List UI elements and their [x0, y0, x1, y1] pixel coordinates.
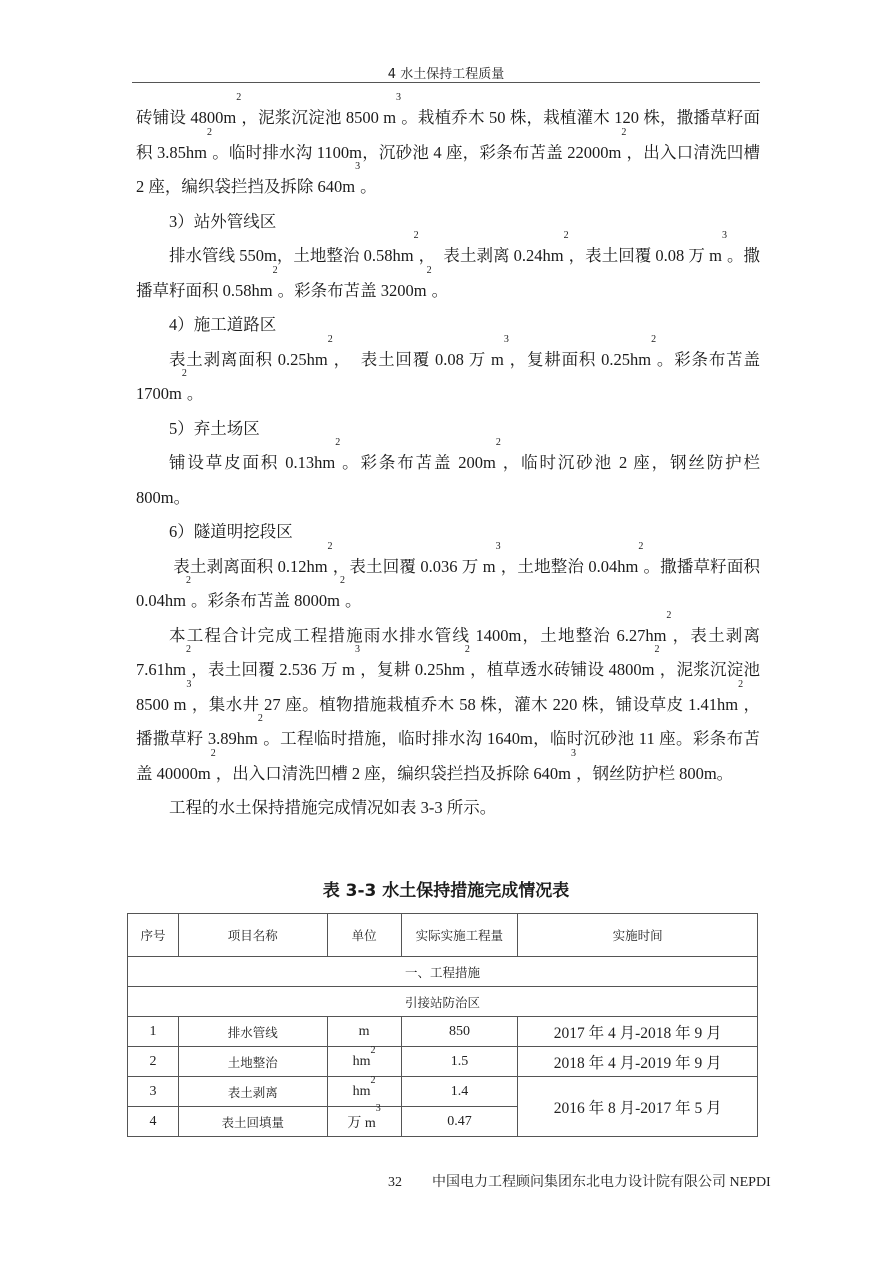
cell-unit: hm2 [327, 1047, 401, 1077]
cell-name: 表土剥离 [178, 1077, 327, 1107]
page-number: 32 [388, 1175, 432, 1191]
paragraph: 铺设草皮面积 0.13hm2。彩条布苫盖 200m2，临时沉砂池 2 座，钢丝防… [136, 446, 760, 515]
cell-time: 2018 年 4 月-2019 年 9 月 [518, 1047, 758, 1077]
cell-time-merged: 2016 年 8 月-2017 年 5 月 [518, 1077, 758, 1137]
table-subsection-row: 引接站防治区 [128, 987, 758, 1017]
cell-quantity: 850 [401, 1017, 518, 1047]
cell-quantity: 1.5 [401, 1047, 518, 1077]
column-header-quantity: 实际实施工程量 [401, 914, 518, 957]
cell-name: 土地整治 [178, 1047, 327, 1077]
table-row: 1 排水管线 m 850 2017 年 4 月-2018 年 9 月 [128, 1017, 758, 1047]
paragraph: 表土剥离面积 0.12hm2，表土回覆 0.036 万 m3，土地整治 0.04… [136, 550, 760, 619]
column-header-name: 项目名称 [178, 914, 327, 957]
cell-no: 3 [128, 1077, 179, 1107]
table-header-row: 序号 项目名称 单位 实际实施工程量 实施时间 [128, 914, 758, 957]
table-reference-paragraph: 工程的水土保持措施完成情况如表 3-3 所示。 [136, 791, 760, 826]
header-divider [132, 82, 760, 83]
section-heading-6: 6）隧道明挖段区 [136, 515, 760, 550]
cell-unit: hm2 [327, 1077, 401, 1107]
summary-paragraph: 本工程合计完成工程措施雨水排水管线 1400m，土地整治 6.27hm2，表土剥… [136, 619, 760, 792]
cell-unit: m [327, 1017, 401, 1047]
cell-unit: 万 m3 [327, 1107, 401, 1137]
footer-organization: 中国电力工程顾问集团东北电力设计院有限公司 NEPDI [432, 1175, 771, 1190]
section-heading-3: 3）站外管线区 [136, 205, 760, 240]
body-text: 砖铺设 4800m2，泥浆沉淀池 8500 m3。栽植乔木 50 株，栽植灌木 … [136, 101, 760, 826]
measures-table: 序号 项目名称 单位 实际实施工程量 实施时间 一、工程措施 引接站防治区 1 … [127, 913, 758, 1137]
section-heading-5: 5）弃土场区 [136, 412, 760, 447]
page-footer: 32中国电力工程顾问集团东北电力设计院有限公司 NEPDI [388, 1171, 771, 1191]
column-header-unit: 单位 [327, 914, 401, 957]
paragraph: 砖铺设 4800m2，泥浆沉淀池 8500 m3。栽植乔木 50 株，栽植灌木 … [136, 101, 760, 205]
subsection-label: 引接站防治区 [128, 987, 758, 1017]
cell-time: 2017 年 4 月-2018 年 9 月 [518, 1017, 758, 1047]
cell-no: 4 [128, 1107, 179, 1137]
paragraph: 排水管线 550m，土地整治 0.58hm2， 表土剥离 0.24hm2，表土回… [136, 239, 760, 308]
cell-quantity: 1.4 [401, 1077, 518, 1107]
column-header-no: 序号 [128, 914, 179, 957]
cell-name: 排水管线 [178, 1017, 327, 1047]
table-row: 3 表土剥离 hm2 1.4 2016 年 8 月-2017 年 5 月 [128, 1077, 758, 1107]
table-section-row: 一、工程措施 [128, 957, 758, 987]
table-row: 2 土地整治 hm2 1.5 2018 年 4 月-2019 年 9 月 [128, 1047, 758, 1077]
column-header-time: 实施时间 [518, 914, 758, 957]
table-caption: 表 3-3 水土保持措施完成情况表 [0, 876, 892, 901]
running-header-title: 4 水土保持工程质量 [0, 63, 892, 82]
cell-no: 2 [128, 1047, 179, 1077]
paragraph: 表土剥离面积 0.25hm2， 表土回覆 0.08 万 m3，复耕面积 0.25… [136, 343, 760, 412]
cell-quantity: 0.47 [401, 1107, 518, 1137]
section-label: 一、工程措施 [128, 957, 758, 987]
cell-no: 1 [128, 1017, 179, 1047]
section-heading-4: 4）施工道路区 [136, 308, 760, 343]
cell-name: 表土回填量 [178, 1107, 327, 1137]
